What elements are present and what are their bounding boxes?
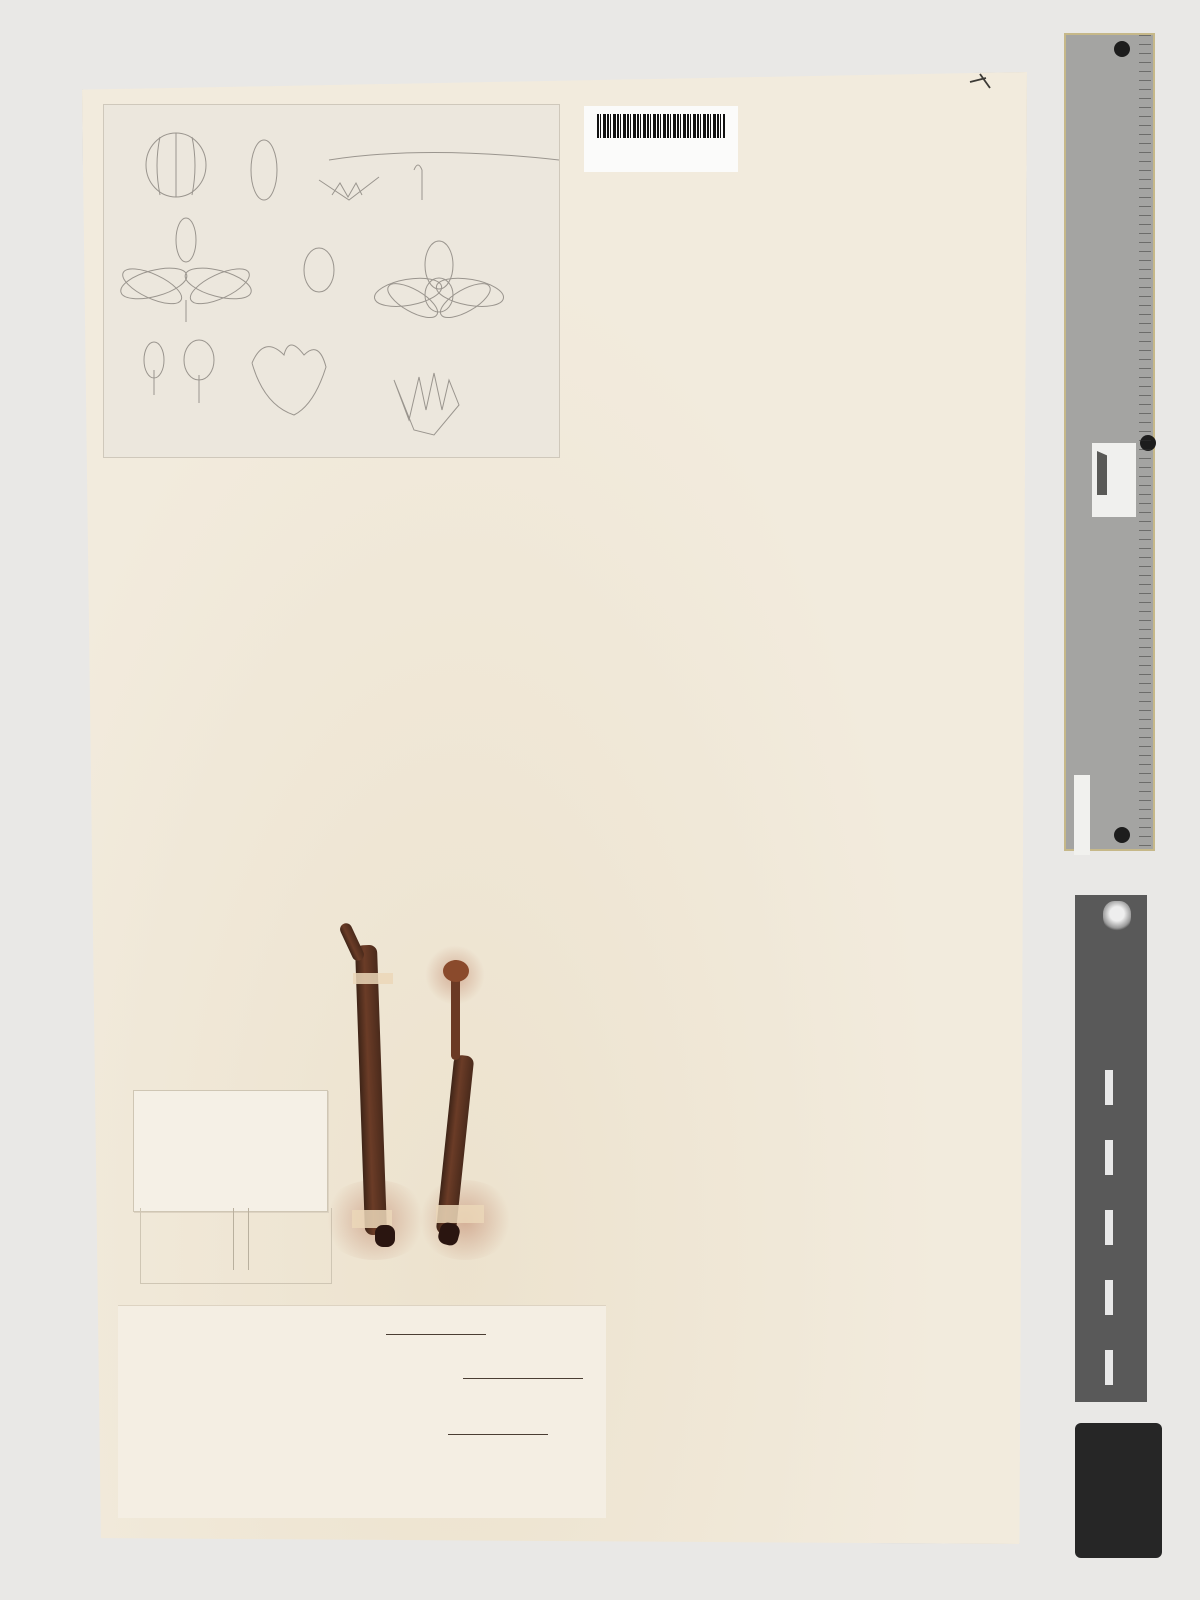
botanical-sketch-panel: [103, 104, 560, 458]
barcode-icon: [597, 114, 725, 138]
color-checker-card: [1075, 1423, 1162, 1558]
specimen-stem-left-base: [375, 1225, 395, 1247]
scale-alternating-strip: [1105, 1070, 1113, 1395]
corner-check-mark-icon: [968, 72, 996, 92]
label-underline: [463, 1378, 583, 1379]
ruler-tick-scale: [1139, 35, 1151, 849]
flower-drawings-icon: [104, 105, 559, 457]
barcode-label: [584, 106, 738, 172]
ruler-serial-tag: [1074, 775, 1090, 855]
density-step-wedge: [1092, 443, 1136, 517]
ruler-hole-icon: [1114, 827, 1130, 843]
kew-crest-icon: [1103, 901, 1131, 933]
mounting-tape: [436, 1205, 484, 1223]
specimen-inflorescence: [443, 960, 469, 982]
color-calibration-ruler: [1064, 33, 1155, 851]
label-underline: [448, 1434, 548, 1435]
ruler-hole-icon: [1114, 41, 1130, 57]
packet-flaps: [140, 1208, 332, 1284]
kew-scale-bar: [1075, 895, 1147, 1402]
label-underline: [386, 1334, 486, 1335]
mounting-tape: [353, 973, 393, 984]
collection-label: [118, 1305, 606, 1518]
fragment-packet[interactable]: [133, 1090, 328, 1212]
